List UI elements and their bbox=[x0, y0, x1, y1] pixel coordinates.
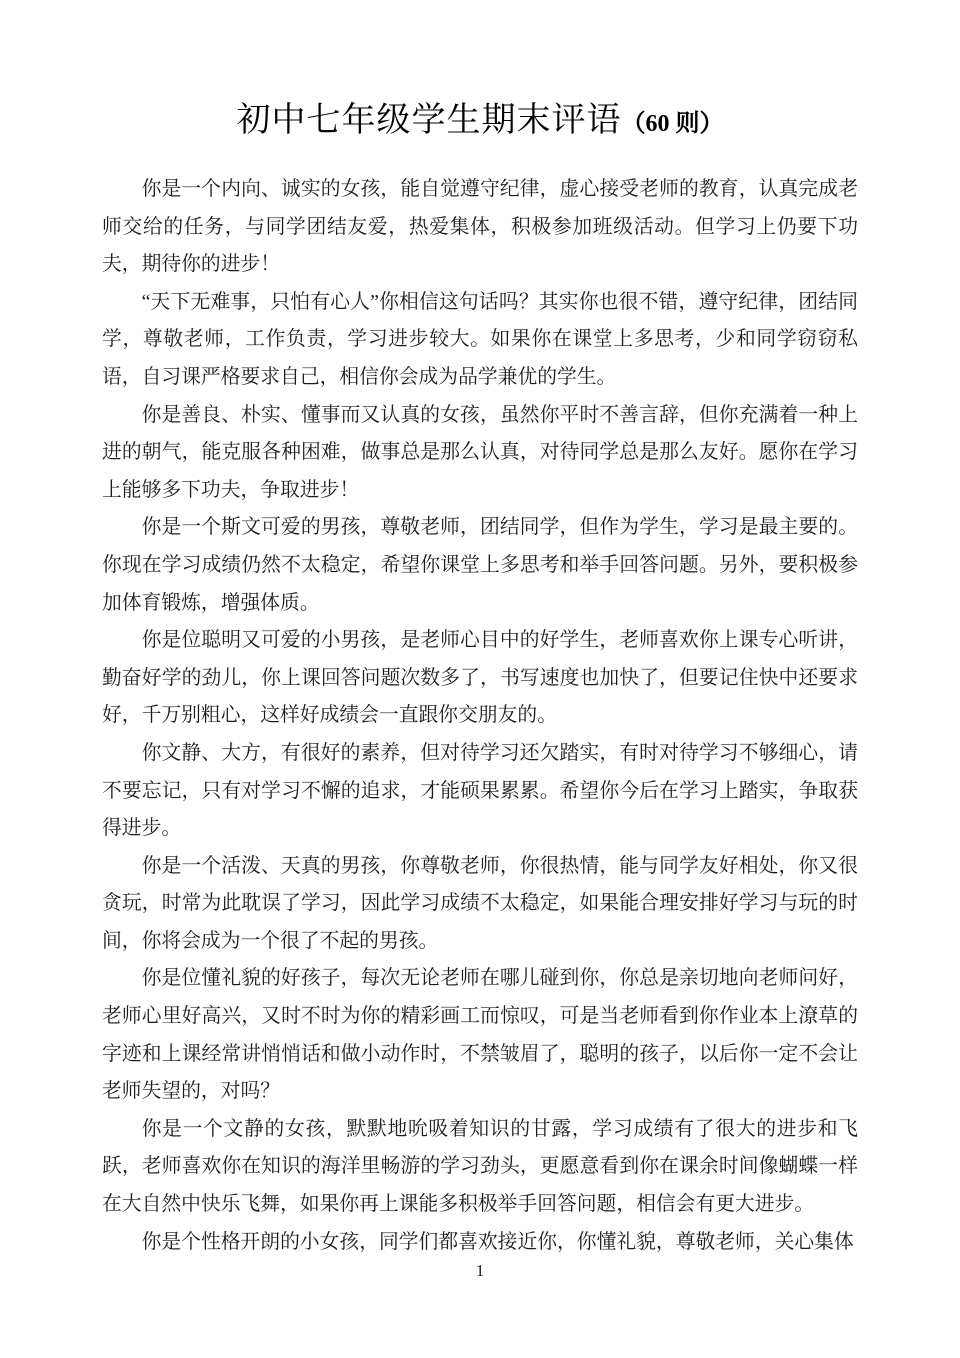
paragraph: 你文静、大方，有很好的素养，但对待学习还欠踏实，有时对待学习不够细心，请不要忘记… bbox=[102, 735, 858, 848]
paragraph: 你是一个活泼、天真的男孩，你尊敬老师，你很热情，能与同学友好相处，你又很贪玩，时… bbox=[102, 848, 858, 961]
paragraph: 你是个性格开朗的小女孩，同学们都喜欢接近你，你懂礼貌，尊敬老师，关心集体 bbox=[102, 1224, 858, 1262]
document-page: 初中七年级学生期末评语（60 则） 你是一个内向、诚实的女孩，能自觉遵守纪律，虚… bbox=[0, 0, 960, 1358]
paragraph: 你是善良、朴实、懂事而又认真的女孩，虽然你平时不善言辞，但你充满着一种上进的朝气… bbox=[102, 397, 858, 510]
document-title: 初中七年级学生期末评语（60 则） bbox=[0, 97, 960, 148]
document-title-count: （60 则） bbox=[622, 111, 724, 137]
paragraph: 你是一个斯文可爱的男孩，尊敬老师，团结同学，但作为学生，学习是最主要的。你现在学… bbox=[102, 509, 858, 622]
paragraph: 你是位懂礼貌的好孩子，每次无论老师在哪儿碰到你，你总是亲切地向老师问好，老师心里… bbox=[102, 960, 858, 1110]
document-body: 你是一个内向、诚实的女孩，能自觉遵守纪律，虚心接受老师的教育，认真完成老师交给的… bbox=[102, 171, 858, 1261]
document-title-text: 初中七年级学生期末评语 bbox=[237, 102, 622, 139]
page-number: 1 bbox=[0, 1260, 960, 1282]
paragraph: 你是位聪明又可爱的小男孩，是老师心目中的好学生，老师喜欢你上课专心听讲，勤奋好学… bbox=[102, 622, 858, 735]
paragraph: 你是一个文静的女孩，默默地吮吸着知识的甘露，学习成绩有了很大的进步和飞跃，老师喜… bbox=[102, 1111, 858, 1224]
paragraph: 你是一个内向、诚实的女孩，能自觉遵守纪律，虚心接受老师的教育，认真完成老师交给的… bbox=[102, 171, 858, 284]
paragraph: “天下无难事，只怕有心人”你相信这句话吗？其实你也很不错，遵守纪律，团结同学，尊… bbox=[102, 284, 858, 397]
